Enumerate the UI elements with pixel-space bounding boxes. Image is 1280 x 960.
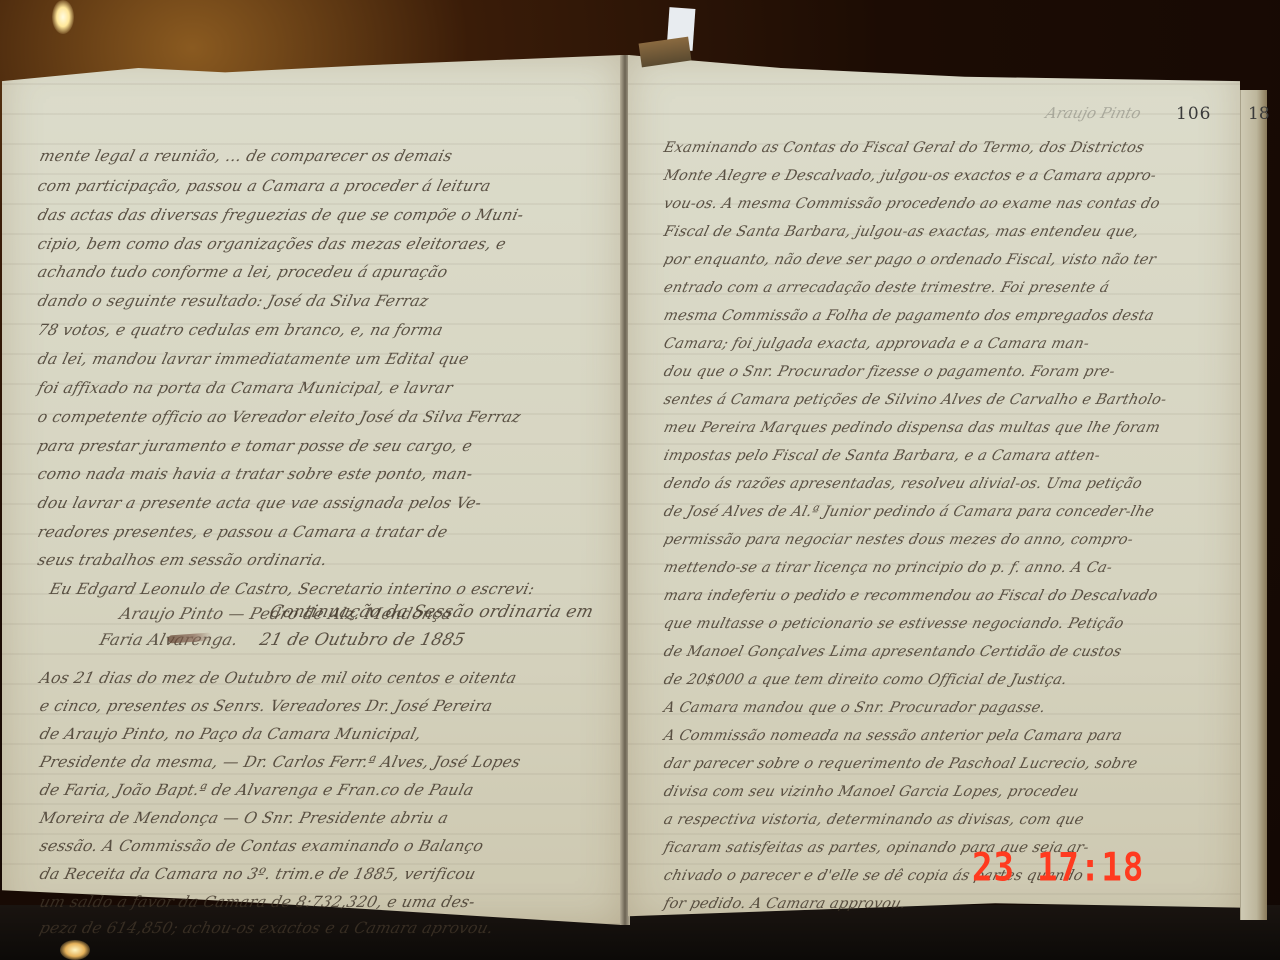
text-line: dendo ás razões apresentadas, resolveu a… xyxy=(661,470,1146,498)
text-line: Moreira de Mendonça — O Snr. Presidente … xyxy=(37,804,452,832)
text-line: A Camara mandou que o Snr. Procurador pa… xyxy=(661,694,1049,722)
text-line: seus trabalhos em sessão ordinaria. xyxy=(35,546,331,574)
text-line: de Manoel Gonçalves Lima apresentando Ce… xyxy=(661,638,1125,666)
text-line: mente legal a reunião, ... de comparecer… xyxy=(37,142,456,170)
text-line: das actas das diversas freguezias de que… xyxy=(35,201,527,229)
text-line: com participação, passou a Camara a proc… xyxy=(35,172,494,200)
text-line: sentes á Camara petições de Silvino Alve… xyxy=(661,386,1170,414)
text-line: Examinando as Contas do Fiscal Geral do … xyxy=(661,134,1148,162)
lamp-glow-bottom xyxy=(60,940,90,960)
text-line: sessão. A Commissão de Contas examinando… xyxy=(37,832,487,860)
text-line: permissão para negociar nestes dous meze… xyxy=(661,526,1137,554)
text-line: e cinco, presentes os Senrs. Vereadores … xyxy=(37,692,496,720)
text-line: que multasse o peticionario se estivesse… xyxy=(661,610,1127,638)
text-line: da Receita da Camara no 3º. trim.e de 18… xyxy=(37,860,479,888)
text-line: Monte Alegre e Descalvado, julgou-os exa… xyxy=(661,162,1160,190)
camera-timestamp: 2317:18 xyxy=(972,845,1144,891)
text-line: readores presentes, e passou a Camara a … xyxy=(35,518,451,546)
text-line: cipio, bem como das organizações das mez… xyxy=(35,230,510,258)
page-number: 106 xyxy=(1176,104,1211,124)
text-line: vou-os. A mesma Commissão procedendo ao … xyxy=(661,190,1164,218)
text-line: peza de 614,850; achou-os exactos e a Ca… xyxy=(37,914,497,942)
text-line: a respectiva vistoria, determinando as d… xyxy=(661,806,1087,834)
text-line: de Faria, João Bapt.ª de Alvarenga e Fra… xyxy=(37,776,477,804)
text-line: foi affixado na porta da Camara Municipa… xyxy=(35,374,456,402)
text-line: como nada mais havia a tratar sobre este… xyxy=(35,460,476,488)
text-line: da lei, mandou lavrar immediatamente um … xyxy=(35,345,473,373)
lamp-glow xyxy=(52,0,74,34)
text-line: impostas pelo Fiscal de Santa Barbara, e… xyxy=(661,442,1104,470)
text-line: dou lavrar a presente acta que vae assig… xyxy=(35,489,485,517)
text-line: entrado com a arrecadação deste trimestr… xyxy=(661,274,1113,302)
text-line: dou que o Snr. Procurador fizesse o paga… xyxy=(661,358,1119,386)
page-header-note: Araujo Pinto xyxy=(1044,104,1143,122)
text-line: Aos 21 dias do mez de Outubro de mil oit… xyxy=(37,664,520,692)
text-line: um saldo a favor da Camara de 8:732,320,… xyxy=(37,888,479,916)
folio-number: 18 xyxy=(1248,104,1270,124)
text-line: achando tudo conforme a lei, procedeu á … xyxy=(35,258,451,286)
text-line: 78 votos, e quatro cedulas em branco, e,… xyxy=(35,316,447,344)
text-line: mara indeferiu o pedido e recommendou ao… xyxy=(661,582,1161,610)
text-line: dando o seguinte resultado: José da Silv… xyxy=(35,287,432,315)
page-edge-marks xyxy=(1248,130,1264,850)
text-line: A Commissão nomeada na sessão anterior p… xyxy=(661,722,1126,750)
section-title: Continuação da Sessão ordinaria em xyxy=(267,598,597,626)
text-line: divisa com seu vizinho Manoel Garcia Lop… xyxy=(661,778,1082,806)
text-line: mettendo-se a tirar licença no principio… xyxy=(661,554,1116,582)
text-line: dar parecer sobre o requerimento de Pasc… xyxy=(661,750,1141,778)
text-line: por enquanto, não deve ser pago o ordena… xyxy=(661,246,1160,274)
text-line: o competente officio ao Vereador eleito … xyxy=(35,403,524,431)
text-line: de 20$000 a que tem direito como Officia… xyxy=(661,666,1071,694)
timestamp-time: 17:18 xyxy=(1037,845,1144,891)
text-line: Camara; foi julgada exacta, approvada e … xyxy=(661,330,1093,358)
timestamp-day: 23 xyxy=(972,845,1015,891)
text-line: mesma Commissão a Folha de pagamento dos… xyxy=(661,302,1158,330)
text-line: meu Pereira Marques pedindo dispensa das… xyxy=(661,414,1164,442)
text-line: de José Alves de Al.ª Junior pedindo á C… xyxy=(661,498,1158,526)
text-line: de Araujo Pinto, no Paço da Camara Munic… xyxy=(37,720,425,748)
text-line: para prestar juramento e tomar posse de … xyxy=(35,432,476,460)
section-title: 21 de Outubro de 1885 xyxy=(257,626,468,654)
text-line: Presidente da mesma, — Dr. Carlos Ferr.ª… xyxy=(37,748,524,776)
text-line: Fiscal de Santa Barbara, julgou-as exact… xyxy=(661,218,1143,246)
text-line: for pedido. A Camara approvou. xyxy=(661,890,910,918)
